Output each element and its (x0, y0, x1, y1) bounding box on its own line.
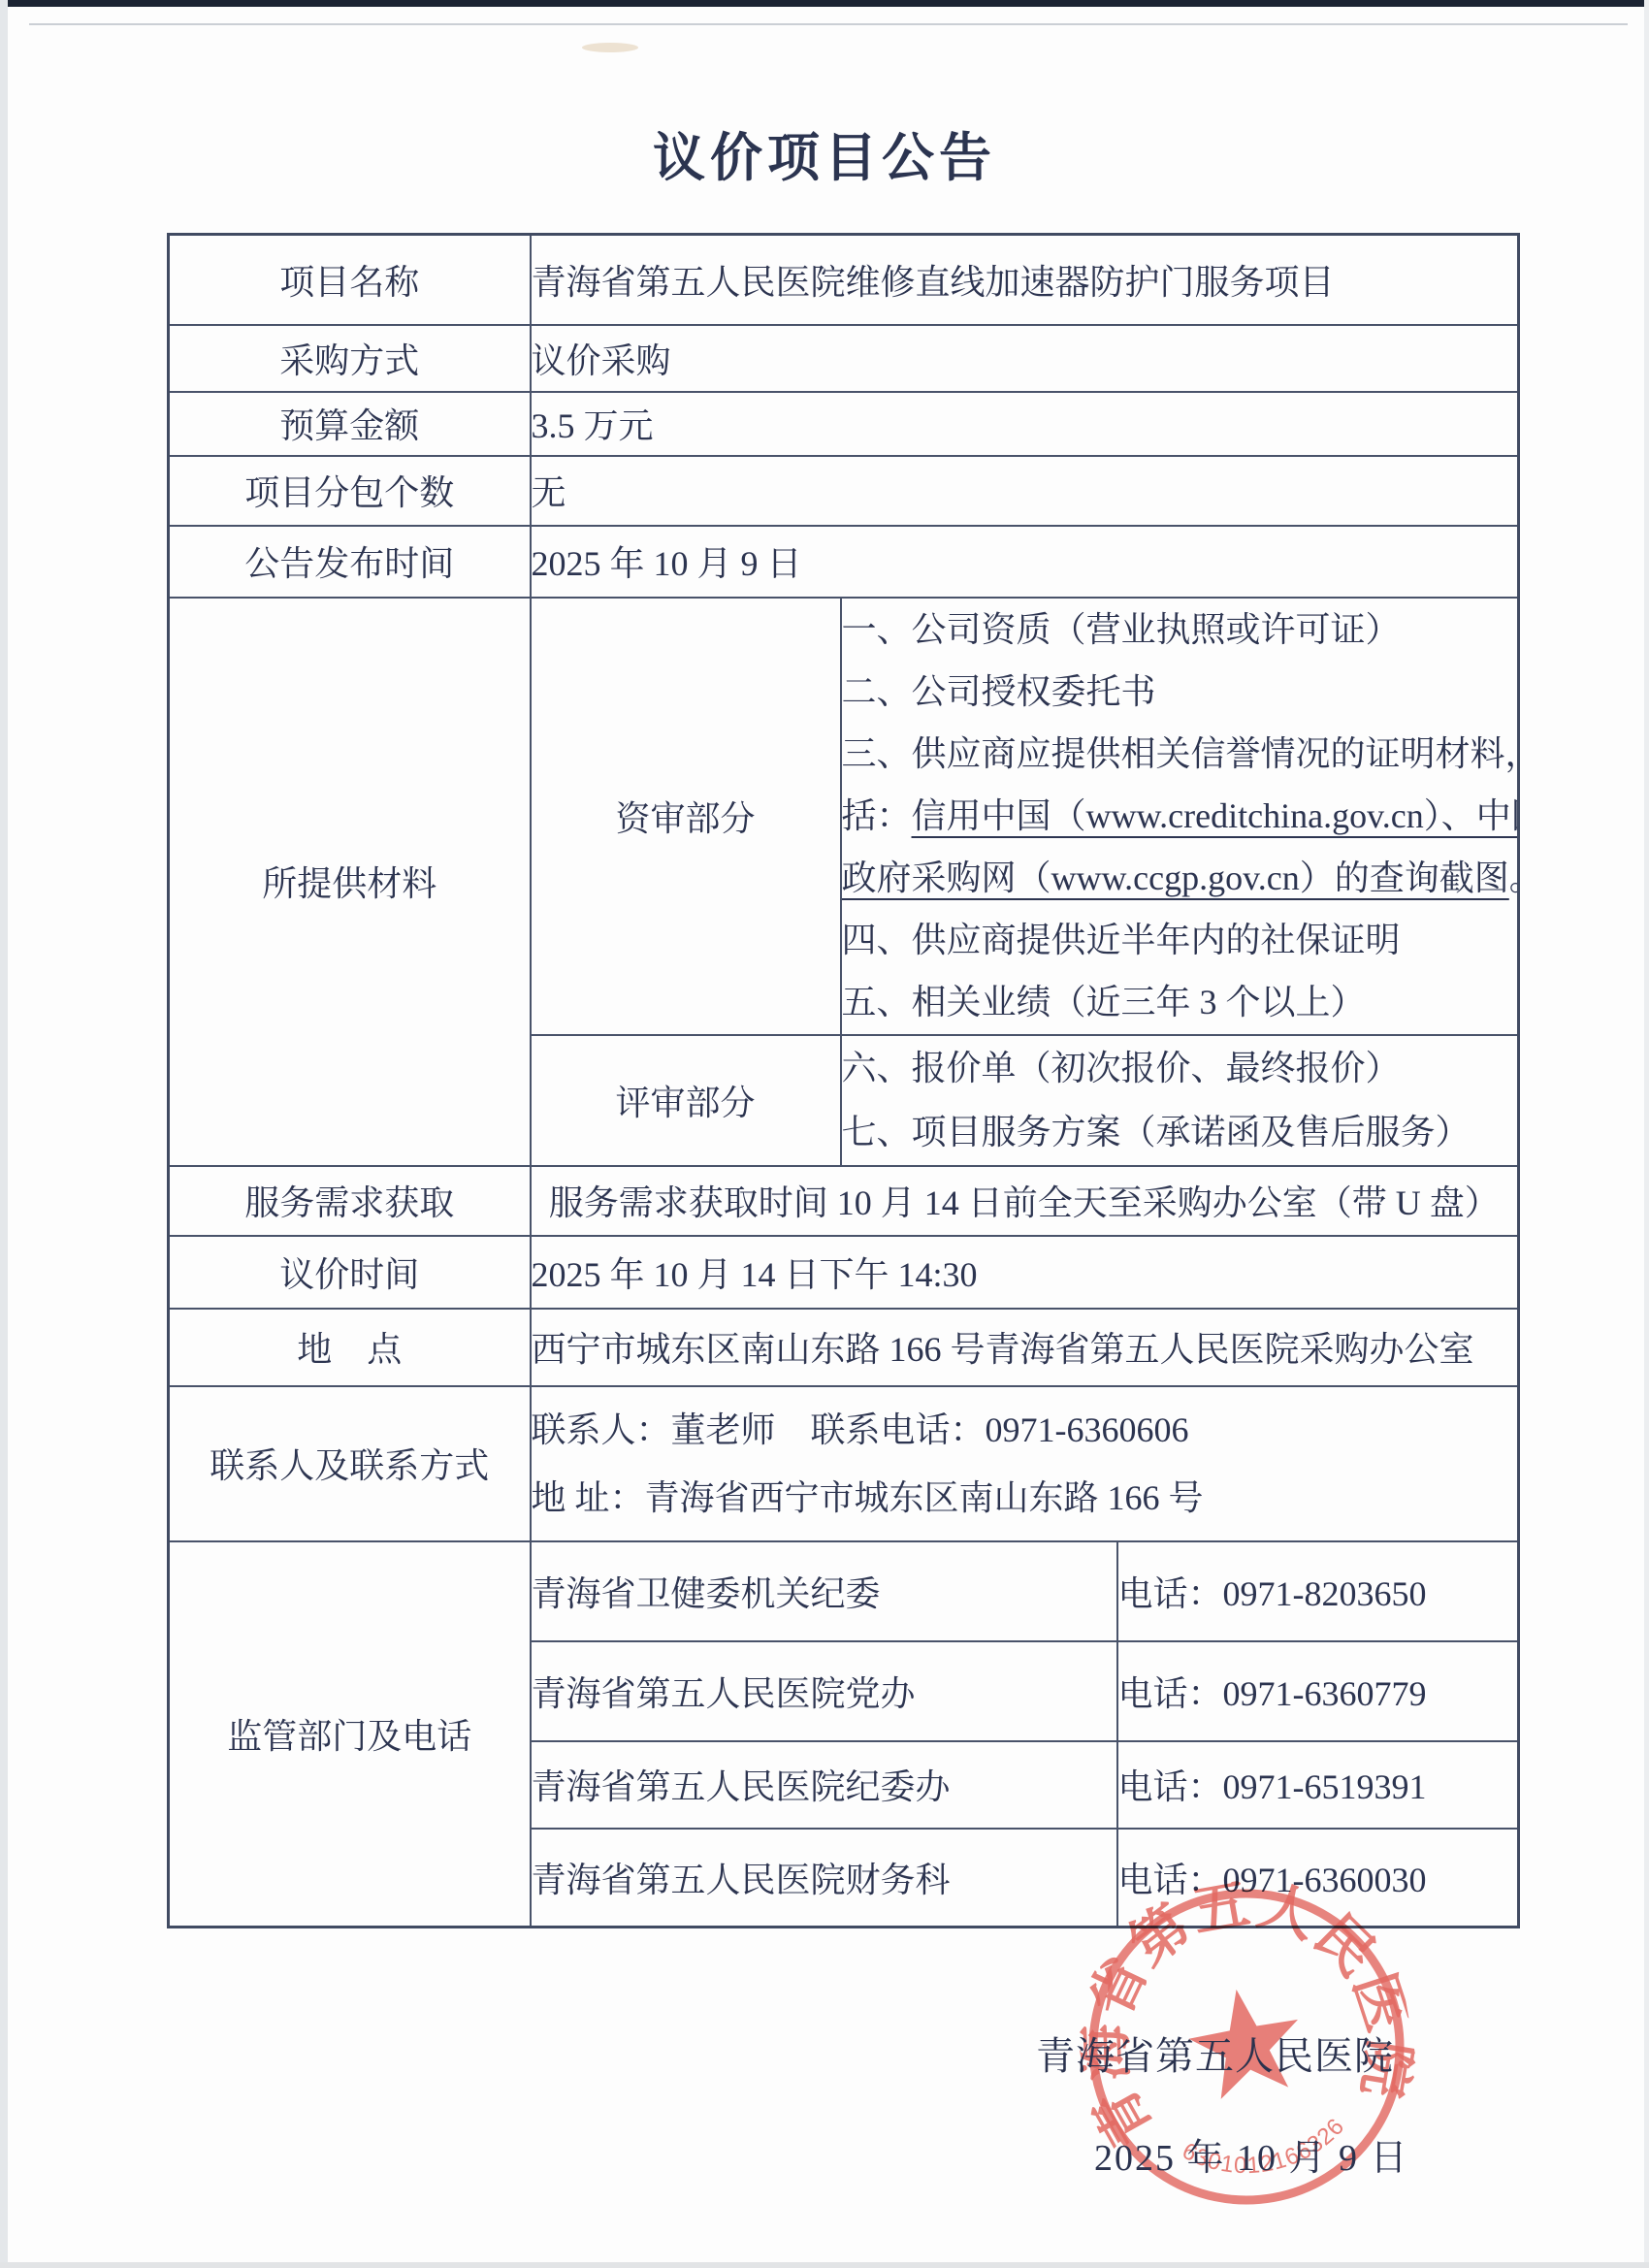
row-label-budget: 预算金额 (169, 392, 531, 456)
row-label-publish-date: 公告发布时间 (169, 526, 531, 598)
scan-line-artifact (29, 23, 1628, 25)
contact-address-line: 地 址：青海省西宁市城东区南山东路 166 号 (532, 1464, 1518, 1532)
row-value-packages: 无 (531, 456, 1519, 526)
row-value-location: 西宁市城东区南山东路 166 号青海省第五人民医院采购办公室 (531, 1309, 1519, 1386)
table-row-publish-date: 公告发布时间 2025 年 10 月 9 日 (169, 526, 1519, 598)
row-value-budget: 3.5 万元 (531, 392, 1519, 456)
table-row-materials-qualification: 所提供材料 资审部分 一、公司资质（营业执照或许可证） 二、公司授权委托书 三、… (169, 598, 1519, 1035)
evaluation-item-6: 六、报价单（初次报价、最终报价） (842, 1036, 1518, 1100)
scan-edge-right (1644, 0, 1649, 2268)
credit-china-link-text: 信用中国（www.creditchina.gov.cn）、中国 (912, 796, 1519, 835)
supervision-phone-3: 电话：0971-6519391 (1117, 1741, 1519, 1829)
supervision-phone-1: 电话：0971-8203650 (1117, 1541, 1519, 1641)
row-label-materials: 所提供材料 (169, 598, 531, 1166)
row-label-negotiation-time: 议价时间 (169, 1236, 531, 1309)
scan-edge-bottom (0, 2262, 1649, 2268)
document-title: 议价项目公告 (0, 116, 1649, 191)
materials-evaluation-label: 评审部分 (531, 1035, 841, 1166)
row-value-project-name: 青海省第五人民医院维修直线加速器防护门服务项目 (531, 235, 1519, 325)
scan-edge-left (0, 0, 8, 2268)
qualification-item-3: 三、供应商应提供相关信誉情况的证明材料，包 (842, 723, 1518, 785)
table-row-method: 采购方式 议价采购 (169, 325, 1519, 392)
row-value-negotiation-time: 2025 年 10 月 14 日下午 14:30 (531, 1236, 1519, 1309)
materials-qualification-items: 一、公司资质（营业执照或许可证） 二、公司授权委托书 三、供应商应提供相关信誉情… (841, 598, 1519, 1035)
scan-edge-top (0, 0, 1649, 7)
materials-qualification-label: 资审部分 (531, 598, 841, 1035)
ccgp-link-suffix: 。 (1509, 859, 1519, 897)
qualification-item-5: 五、相关业绩（近三年 3 个以上） (842, 971, 1518, 1033)
table-row-location: 地 点 西宁市城东区南山东路 166 号青海省第五人民医院采购办公室 (169, 1309, 1519, 1386)
qualification-item-2: 二、公司授权委托书 (842, 661, 1518, 723)
scan-smudge-artifact (582, 43, 638, 52)
qualification-item-3-continued-2: 政府采购网（www.ccgp.gov.cn）的查询截图。 (842, 847, 1518, 909)
row-value-publish-date: 2025 年 10 月 9 日 (531, 526, 1519, 598)
qualification-item-1: 一、公司资质（营业执照或许可证） (842, 599, 1518, 661)
ccgp-link-text: 政府采购网（www.ccgp.gov.cn）的查询截图 (842, 859, 1509, 897)
row-label-location: 地 点 (169, 1309, 531, 1386)
announcement-table: 项目名称 青海省第五人民医院维修直线加速器防护门服务项目 采购方式 议价采购 预… (167, 233, 1520, 1928)
row-label-project-name: 项目名称 (169, 235, 531, 325)
row-label-contact: 联系人及联系方式 (169, 1386, 531, 1541)
supervision-dept-2: 青海省第五人民医院党办 (531, 1641, 1117, 1741)
row-value-method: 议价采购 (531, 325, 1519, 392)
footer-organization: 青海省第五人民医院 (1036, 2025, 1394, 2081)
table-row-budget: 预算金额 3.5 万元 (169, 392, 1519, 456)
table-row-service-requirement: 服务需求获取 服务需求获取时间 10 月 14 日前全天至采购办公室（带 U 盘… (169, 1166, 1519, 1236)
supervision-dept-4: 青海省第五人民医院财务科 (531, 1829, 1117, 1928)
row-label-packages: 项目分包个数 (169, 456, 531, 526)
footer-date: 2025 年 10 月 9 日 (1094, 2127, 1409, 2181)
supervision-phone-2: 电话：0971-6360779 (1117, 1641, 1519, 1741)
row-value-service-requirement: 服务需求获取时间 10 月 14 日前全天至采购办公室（带 U 盘） (531, 1166, 1519, 1236)
materials-evaluation-items: 六、报价单（初次报价、最终报价） 七、项目服务方案（承诺函及售后服务） (841, 1035, 1519, 1166)
table-row-negotiation-time: 议价时间 2025 年 10 月 14 日下午 14:30 (169, 1236, 1519, 1309)
scanned-document-page: { "page": { "title": "议价项目公告" }, "rows":… (0, 0, 1649, 2268)
table-row-supervision-1: 监管部门及电话 青海省卫健委机关纪委 电话：0971-8203650 (169, 1541, 1519, 1641)
row-label-method: 采购方式 (169, 325, 531, 392)
credit-sites-prefix: 括： (842, 796, 912, 835)
table-row-contact: 联系人及联系方式 联系人：董老师 联系电话：0971-6360606 地 址：青… (169, 1386, 1519, 1541)
table-row-project-name: 项目名称 青海省第五人民医院维修直线加速器防护门服务项目 (169, 235, 1519, 325)
qualification-item-4: 四、供应商提供近半年内的社保证明 (842, 909, 1518, 971)
evaluation-item-7: 七、项目服务方案（承诺函及售后服务） (842, 1100, 1518, 1164)
supervision-dept-1: 青海省卫健委机关纪委 (531, 1541, 1117, 1641)
supervision-dept-3: 青海省第五人民医院纪委办 (531, 1741, 1117, 1829)
row-value-contact: 联系人：董老师 联系电话：0971-6360606 地 址：青海省西宁市城东区南… (531, 1386, 1519, 1541)
table-row-packages: 项目分包个数 无 (169, 456, 1519, 526)
qualification-item-3-continued: 括：信用中国（www.creditchina.gov.cn）、中国 (842, 785, 1518, 847)
contact-person-line: 联系人：董老师 联系电话：0971-6360606 (532, 1396, 1518, 1464)
row-label-service-requirement: 服务需求获取 (169, 1166, 531, 1236)
row-label-supervision: 监管部门及电话 (169, 1541, 531, 1928)
